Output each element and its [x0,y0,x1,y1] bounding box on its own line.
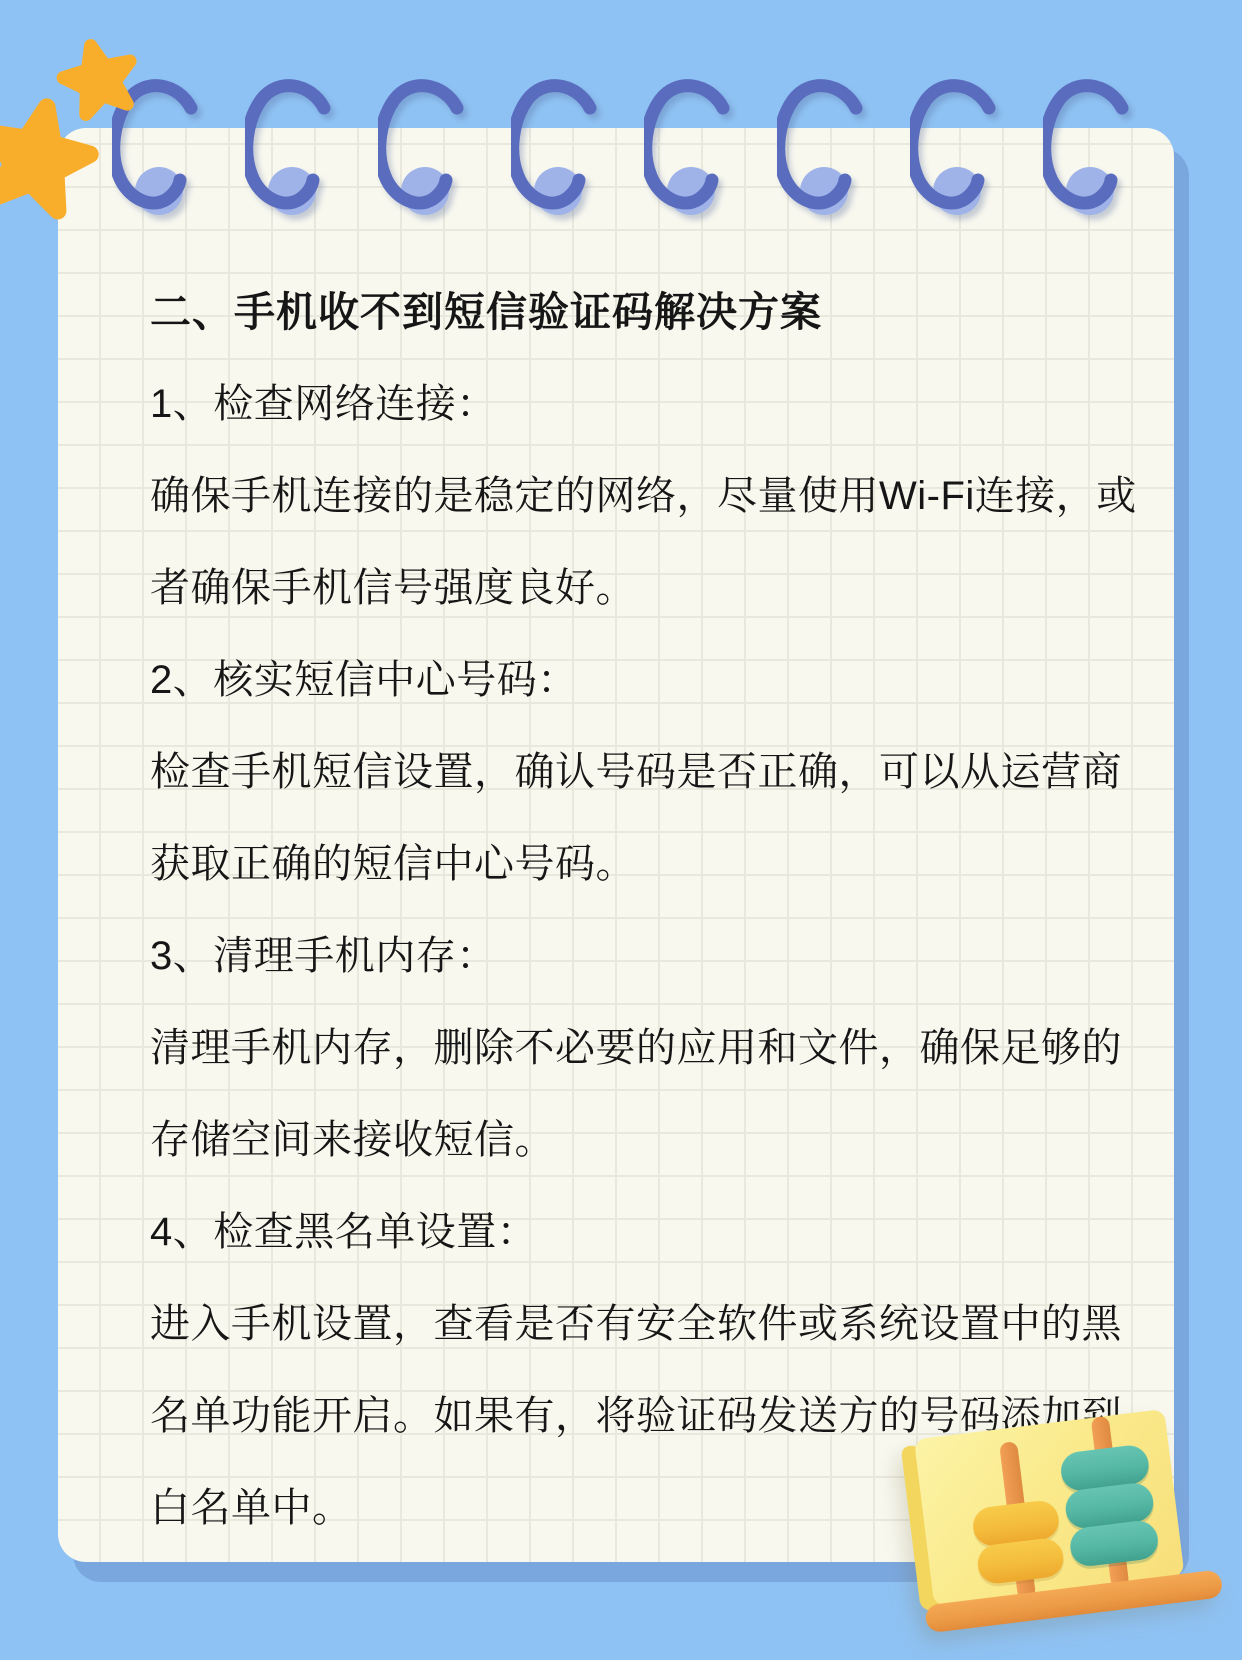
binder-ring-icon [378,78,468,223]
binder-ring-icon [511,78,601,223]
notebook-page: 二、手机收不到短信验证码解决方案 1、检查网络连接： 确保手机连接的是稳定的网络… [0,0,1242,1660]
note-body-line: 获取正确的短信中心号码。 [150,814,1100,906]
binder-ring-icon [910,78,1000,223]
note-body-line: 存储空间来接收短信。 [150,1090,1100,1182]
note-body-line: 检查手机短信设置，确认号码是否正确，可以从运营商 [150,722,1100,814]
note-body-line: 确保手机连接的是稳定的网络，尽量使用Wi-Fi连接，或 [150,446,1100,538]
note-heading-3: 3、清理手机内存： [150,906,1100,998]
note-heading-4: 4、检查黑名单设置： [150,1182,1100,1274]
note-title: 二、手机收不到短信验证码解决方案 [150,262,1100,354]
note-content: 二、手机收不到短信验证码解决方案 1、检查网络连接： 确保手机连接的是稳定的网络… [150,262,1100,1550]
binder-ring-icon [777,78,867,223]
note-body-line: 者确保手机信号强度良好。 [150,538,1100,630]
note-body-line: 清理手机内存，删除不必要的应用和文件，确保足够的 [150,998,1100,1090]
binder-ring-icon [644,78,734,223]
note-body-line: 进入手机设置，查看是否有安全软件或系统设置中的黑 [150,1274,1100,1366]
binder-ring-icon [1043,78,1133,223]
abacus-icon [888,1373,1237,1652]
note-heading-2: 2、核实短信中心号码： [150,630,1100,722]
binder-ring-icon [245,78,335,223]
note-heading-1: 1、检查网络连接： [150,354,1100,446]
